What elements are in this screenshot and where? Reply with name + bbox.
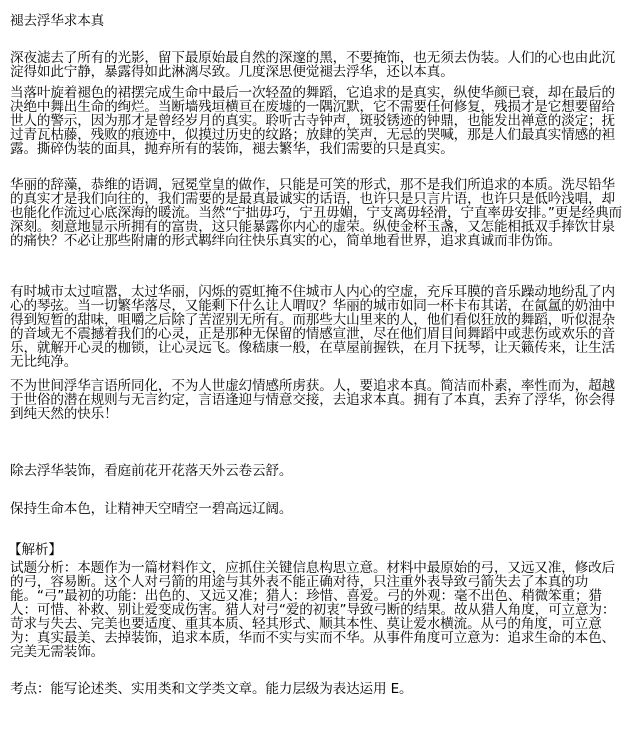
document-page: 褪去浮华求本真 深夜滤去了所有的光影，留下最原始最自然的深邃的黑，不要掩饰，也无… xyxy=(0,0,630,739)
essay-paragraph-1: 深夜滤去了所有的光影，留下最原始最自然的深邃的黑，不要掩饰，也无须去伪装。人们的… xyxy=(10,51,622,79)
essay-paragraph-2: 当落叶旋着褪色的裙摆完成生命中最后一次轻盈的舞蹈，它追求的是真实，纵使华颜已衰，… xyxy=(10,86,622,156)
analysis-heading: 【解析】 xyxy=(8,543,620,557)
essay-paragraph-4: 有时城市太过喧嚣，太过华丽，闪烁的霓虹掩不住城市人内心的空虚，充斥耳膜的音乐躁动… xyxy=(10,285,622,369)
essay-paragraph-5: 不为世间浮华言语所同化，不为人世虚幻情感所虏获。人，要追求本真。简洁而朴素，率性… xyxy=(10,379,622,421)
essay-paragraph-6: 除去浮华装饰，看庭前花开花落天外云卷云舒。 xyxy=(10,464,622,478)
analysis-body: 试题分析：本题作为一篇材料作文，应抓住关键信息构思立意。材料中最原始的弓，又远又… xyxy=(10,561,622,659)
essay-title: 褪去浮华求本真 xyxy=(10,14,622,28)
essay-paragraph-3: 华丽的辞藻，恭维的语调，冠冕堂皇的做作，只能是可笑的形式，那不是我们所追求的本质… xyxy=(10,178,622,248)
essay-paragraph-7: 保持生命本色，让精神天空晴空一碧高远辽阔。 xyxy=(10,502,622,516)
exam-point: 考点：能写论述类、实用类和文学类文章。能力层级为表达运用 E。 xyxy=(10,682,622,696)
